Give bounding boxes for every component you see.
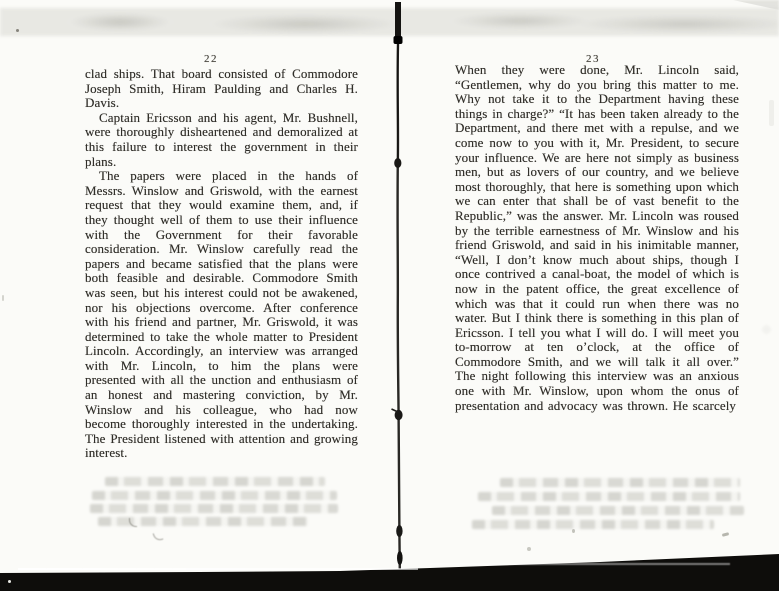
bleedthrough-line: [478, 492, 740, 501]
scan-speck: [722, 532, 730, 537]
bleedthrough-line: [492, 506, 744, 515]
scan-speck: [2, 295, 4, 301]
scan-speck: [527, 547, 531, 551]
binding-thread: [375, 0, 423, 591]
paragraph: When they were done, Mr. Lincoln said, “…: [455, 63, 739, 413]
bleedthrough-line: [472, 520, 714, 529]
scan-speck: [769, 100, 774, 126]
pencil-mark: [153, 531, 164, 542]
paragraph: Captain Ericsson and his agent, Mr. Bush…: [85, 111, 358, 169]
page-text-right: When they were done, Mr. Lincoln said, “…: [455, 63, 739, 413]
paragraph: clad ships. That board consisted of Comm…: [85, 67, 358, 111]
paragraph: The papers were placed in the hands of M…: [85, 169, 358, 461]
scan-speck: [762, 325, 771, 334]
bleedthrough-line: [500, 478, 740, 487]
scan-speck: [16, 29, 19, 32]
bleedthrough-line: [105, 477, 325, 486]
bleedthrough-line: [90, 504, 338, 513]
page-number-left: 22: [204, 53, 218, 65]
page-text-left: clad ships. That board consisted of Comm…: [85, 67, 358, 461]
page-edge-highlight: [18, 568, 418, 570]
scan-speck: [8, 580, 11, 583]
book-scan: 22 clad ships. That board consisted of C…: [0, 0, 779, 591]
scan-speck: [572, 529, 575, 533]
page-edge-highlight: [430, 563, 730, 565]
bleedthrough-line: [92, 491, 337, 500]
